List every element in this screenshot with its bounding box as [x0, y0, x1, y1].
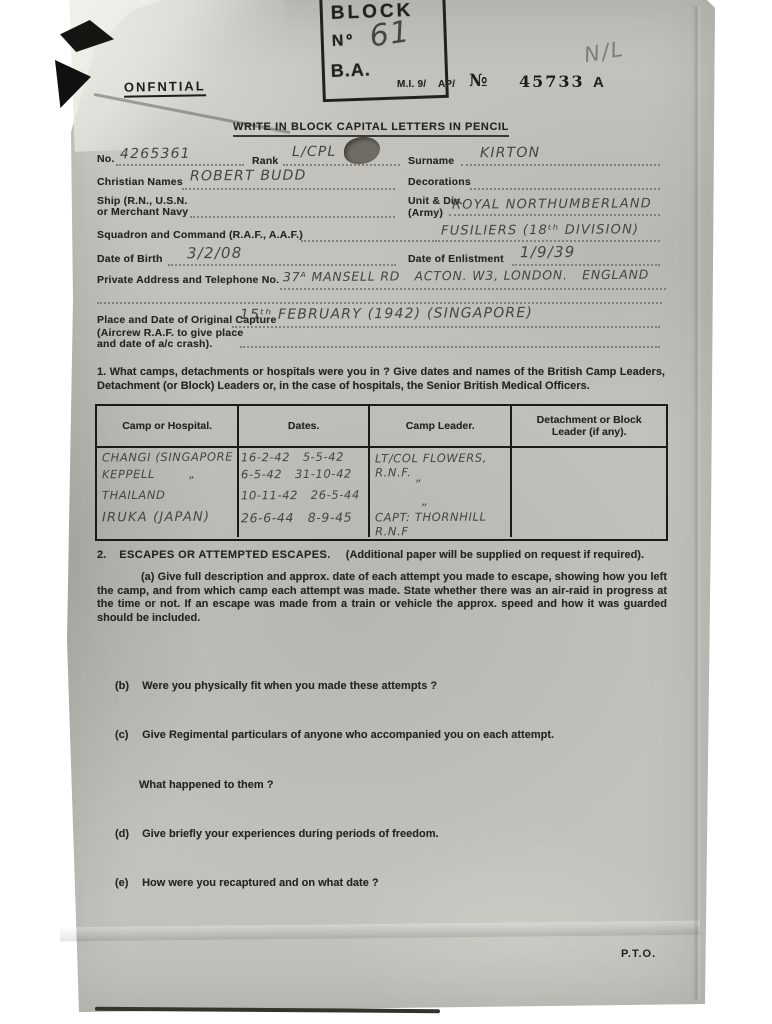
- unit-div-line2: [438, 240, 660, 242]
- surname-value: KIRTON: [480, 145, 540, 161]
- question-2c-text: Give Regimental particulars of anyone wh…: [142, 729, 554, 741]
- question-2d-label: (d): [115, 828, 139, 842]
- dates-entry: 6-5-42 31-10-42: [241, 467, 352, 482]
- question-2d-text: Give briefly your experiences during per…: [142, 828, 438, 840]
- stamp-ba-word: B.A.: [330, 59, 371, 81]
- question-2-title: ESCAPES OR ATTEMPTED ESCAPES.: [119, 549, 330, 561]
- unit-div-value-line2: FUSILIERS (18ᵗʰ DIVISION): [441, 222, 639, 238]
- question-2-number: 2.: [97, 549, 106, 561]
- address-continuation-line: [97, 302, 662, 304]
- christian-names-line: [182, 188, 395, 190]
- mi9-serial-number: 45733: [519, 72, 585, 91]
- date-of-enlistment-value: 1/9/39: [520, 243, 576, 261]
- date-of-enlistment-line: [512, 264, 660, 266]
- date-of-birth-label: Date of Birth: [97, 253, 163, 265]
- header-camp-or-hospital: Camp or Hospital.: [97, 406, 239, 446]
- decorations-line: [470, 188, 660, 190]
- dates-column: 16-2-42 5-5-42 6-5-42 31-10-42 10-11-42 …: [239, 448, 370, 537]
- header-camp-leader: Camp Leader.: [370, 406, 512, 446]
- rank-label: Rank: [252, 155, 278, 167]
- squadron-line: [301, 240, 437, 242]
- question-2c: (c) Give Regimental particulars of anyon…: [115, 729, 655, 743]
- camp-entry: IRUKA (JAPAN): [102, 510, 210, 526]
- mi9-ap: AP/: [438, 79, 455, 90]
- decorations-label: Decorations: [408, 176, 471, 188]
- stamp-no-word: Nº: [332, 32, 356, 51]
- camp-entry: THAILAND: [102, 488, 166, 502]
- mi9-prefix: M.I. 9/: [397, 79, 426, 90]
- unit-div-value-line1: ROYAL NORTHUMBERLAND: [452, 196, 652, 212]
- question-2a: (a) Give full description and approx. da…: [97, 571, 667, 625]
- surname-line: [461, 164, 660, 166]
- question-2b-text: Were you physically fit when you made th…: [142, 680, 437, 692]
- surname-label: Surname: [408, 155, 454, 167]
- question-2b-label: (b): [115, 680, 139, 694]
- rank-value: L/CPL: [292, 144, 337, 160]
- christian-names-label: Christian Names: [97, 176, 183, 188]
- dates-entry: 16-2-42 5-5-42: [241, 450, 344, 465]
- question-2e-text: How were you recaptured and on what date…: [142, 877, 379, 889]
- unit-div-label-line2: (Army): [408, 207, 443, 219]
- no-line: [116, 164, 244, 166]
- pto-footer: P.T.O.: [621, 948, 656, 960]
- question-2-heading: 2. ESCAPES OR ATTEMPTED ESCAPES. (Additi…: [97, 549, 665, 563]
- unit-div-line1: [449, 214, 660, 216]
- rank-line: [283, 164, 400, 166]
- capture-line1: [232, 326, 660, 328]
- camp-leader-column: LT/COL FLOWERS, R.N.F. „ „ CAPT: THORNHI…: [370, 448, 512, 537]
- question-2a-label: (a): [119, 571, 154, 585]
- date-of-birth-value: 3/2/08: [187, 244, 243, 262]
- capture-note-line2: and date of a/c crash).: [97, 338, 212, 350]
- camps-table: Camp or Hospital. Dates. Camp Leader. De…: [95, 404, 668, 541]
- confidential-stamp: ONFNTIAL: [124, 78, 206, 97]
- private-address-line: [280, 288, 666, 290]
- squadron-label: Squadron and Command (R.A.F., A.A.F.): [97, 229, 303, 241]
- mi9-no-symbol: №: [469, 71, 487, 91]
- question-2d: (d) Give briefly your experiences during…: [115, 828, 655, 842]
- mi9-suffix-letter: A: [593, 74, 604, 91]
- camp-column: CHANGI (SINGAPORE KEPPELL „ THAILAND IRU…: [97, 448, 239, 537]
- private-address-label: Private Address and Telephone No.: [97, 274, 279, 286]
- leader-ditto: „: [416, 470, 423, 484]
- camps-table-body-row: CHANGI (SINGAPORE KEPPELL „ THAILAND IRU…: [97, 448, 666, 537]
- question-2c-followup-text: What happened to them ?: [139, 779, 273, 791]
- dates-entry: 26-6-44 8-9-45: [241, 510, 352, 526]
- header-detachment-leader: Detachment or Block Leader (if any).: [512, 406, 666, 446]
- camp-entry: CHANGI (SINGAPORE: [102, 450, 233, 465]
- ship-line: [190, 216, 395, 218]
- camps-table-header-row: Camp or Hospital. Dates. Camp Leader. De…: [97, 406, 666, 448]
- question-2-note: (Additional paper will be supplied on re…: [346, 549, 644, 561]
- block-number-stamp: BLOCK Nº 61 B.A.: [319, 0, 449, 102]
- no-value: 4265361: [120, 146, 191, 162]
- question-2c-label: (c): [115, 729, 139, 743]
- stamp-block-number-handwritten: 61: [367, 14, 412, 54]
- christian-names-value: ROBERT BUDD: [190, 168, 307, 185]
- question-2b: (b) Were you physically fit when you mad…: [115, 680, 655, 694]
- right-crease: [693, 6, 700, 1000]
- question-2a-text: Give full description and approx. date o…: [97, 571, 667, 624]
- leader-entry: LT/COL FLOWERS, R.N.F.: [375, 451, 510, 480]
- capture-line2: [240, 346, 660, 348]
- private-address-value: 37ᴬ MANSELL RD ACTON. W3, LONDON. ENGLAN…: [283, 267, 649, 285]
- ship-label-line2: or Merchant Navy: [97, 206, 188, 218]
- detachment-leader-column: [512, 448, 666, 537]
- date-of-birth-line: [168, 264, 396, 266]
- date-of-enlistment-label: Date of Enlistment: [408, 253, 504, 265]
- question-1-text: 1. What camps, detachments or hospitals …: [97, 366, 665, 393]
- header-dates: Dates.: [239, 406, 370, 446]
- leader-entry: CAPT: THORNHILL R.N.F: [375, 510, 487, 539]
- leader-ditto: „: [422, 494, 429, 508]
- dates-entry: 10-11-42 26-5-44: [241, 488, 360, 503]
- form-instruction: WRITE IN BLOCK CAPITAL LETTERS IN PENCIL: [233, 121, 509, 137]
- no-label: No.: [97, 153, 115, 165]
- question-2c-followup: What happened to them ?: [139, 779, 539, 793]
- question-2e-label: (e): [115, 877, 139, 891]
- scanned-document-page: ONFNTIAL BLOCK Nº 61 B.A. M.I. 9/ AP/ № …: [0, 0, 772, 1024]
- capture-value: 15ᵗʰ FEBRUARY (1942) (SINGAPORE): [240, 305, 533, 323]
- camp-entry: KEPPELL „: [102, 467, 196, 482]
- question-2e: (e) How were you recaptured and on what …: [115, 877, 655, 891]
